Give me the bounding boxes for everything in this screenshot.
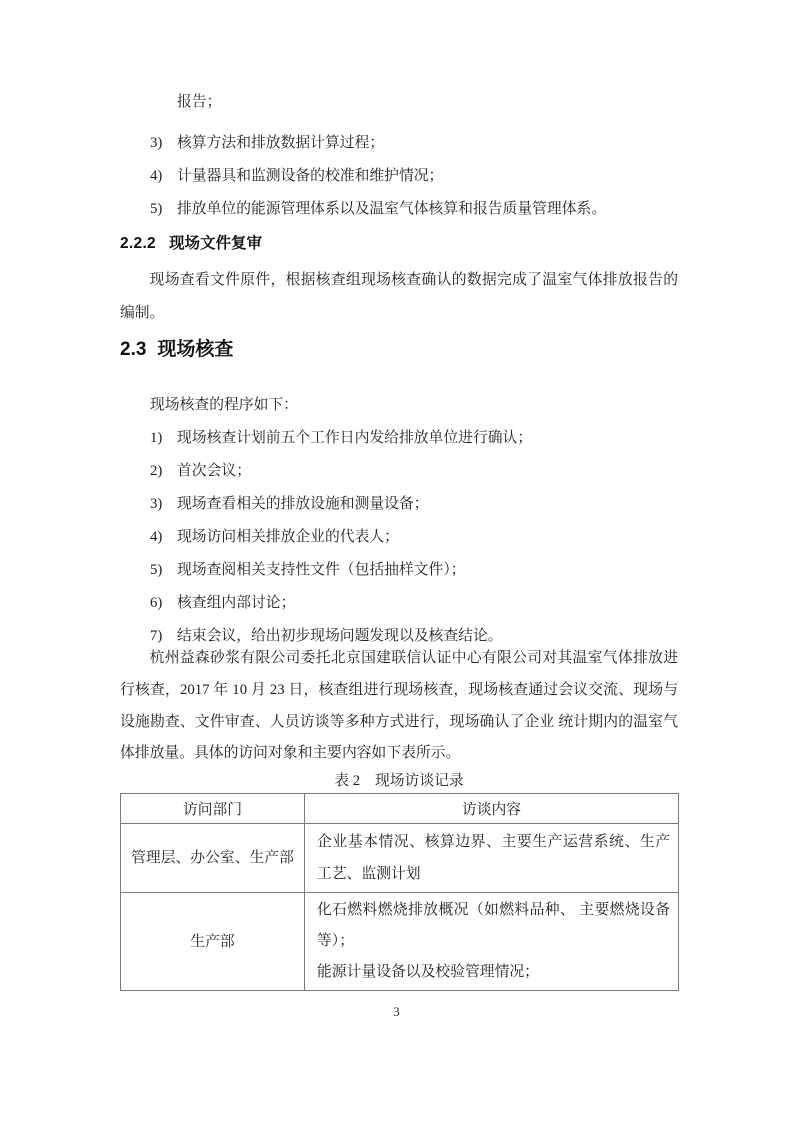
table-header-content: 访谈内容 xyxy=(305,794,679,824)
list-item: 5) 现场查阅相关支持性文件（包括抽样文件）； xyxy=(120,554,678,587)
list-item-text: 排放单位的能源管理体系以及温室气体核算和报告质量管理体系。 xyxy=(177,193,606,226)
content-cell: 化石燃料燃烧排放概况（如燃料品种、 主要燃烧设备等）； 能源计量设备以及校验管理… xyxy=(305,893,679,991)
table-row: 管理层、办公室、生产部 企业基本情况、核算边界、主要生产运营系统、生产工艺、监测… xyxy=(121,824,679,893)
list-item: 5) 排放单位的能源管理体系以及温室气体核算和报告质量管理体系。 xyxy=(120,193,678,226)
content-item: 化石燃料燃烧排放概况（如燃料品种、 主要燃烧设备等）； xyxy=(317,895,670,957)
table-header-row: 访问部门 访谈内容 xyxy=(121,794,679,824)
interview-table: 访问部门 访谈内容 管理层、办公室、生产部 企业基本情况、核算边界、主要生产运营… xyxy=(120,793,679,991)
document-review-list: 报告； 3) 核算方法和排放数据计算过程； 4) 计量器具和监测设备的校准和维护… xyxy=(120,86,678,226)
list-item-text: 首次会议； xyxy=(177,455,251,488)
list-item: 1) 现场核查计划前五个工作日内发给排放单位进行确认； xyxy=(120,422,678,455)
list-item-number: 5) xyxy=(150,193,177,226)
list-item-text: 核查组内部讨论； xyxy=(177,587,295,620)
list-item-text: 现场核查计划前五个工作日内发给排放单位进行确认； xyxy=(177,422,532,455)
list-item-number: 6) xyxy=(150,587,177,620)
page-number: 3 xyxy=(0,1003,793,1021)
list-item: 3) 核算方法和排放数据计算过程； xyxy=(120,127,678,160)
section-title: 现场文件复审 xyxy=(169,235,262,252)
list-item-number: 1) xyxy=(150,422,177,455)
list-item: 2) 首次会议； xyxy=(120,455,678,488)
list-item: 4) 计量器具和监测设备的校准和维护情况； xyxy=(120,160,678,193)
section-2-2-2: 2.2.2现场文件复审 现场查看文件原件，根据核查组现场核查确认的数据完成了温室… xyxy=(120,232,678,330)
list-item-text: 现场查看相关的排放设施和测量设备； xyxy=(177,488,429,521)
section-number: 2.2.2 xyxy=(120,235,156,252)
list-item: 6) 核查组内部讨论； xyxy=(120,587,678,620)
section-2-3-heading: 2.3现场核查 xyxy=(120,337,678,362)
content-item: 能源计量设备以及校验管理情况； xyxy=(317,957,670,988)
content-item: 企业基本情况、核算边界、主要生产运营系统、生产工艺、监测计划 xyxy=(317,826,670,890)
list-item-text: 现场查阅相关支持性文件（包括抽样文件）； xyxy=(177,554,466,587)
list-continuation-line: 报告； xyxy=(120,86,678,119)
section-2-2-2-heading: 2.2.2现场文件复审 xyxy=(120,232,678,256)
list-item-number: 3) xyxy=(150,127,177,160)
list-item-number: 5) xyxy=(150,554,177,587)
list-item-number: 3) xyxy=(150,488,177,521)
table-row: 生产部 化石燃料燃烧排放概况（如燃料品种、 主要燃烧设备等）； 能源计量设备以及… xyxy=(121,893,679,991)
list-item-text: 核算方法和排放数据计算过程； xyxy=(177,127,384,160)
list-item-number: 4) xyxy=(150,160,177,193)
section-2-3: 2.3现场核查 现场核查的程序如下： 1) 现场核查计划前五个工作日内发给排放单… xyxy=(120,337,678,991)
procedure-lead: 现场核查的程序如下： xyxy=(120,389,678,422)
section-number: 2.3 xyxy=(120,339,146,360)
document-page: 报告； 3) 核算方法和排放数据计算过程； 4) 计量器具和监测设备的校准和维护… xyxy=(0,0,793,1122)
list-item-number: 2) xyxy=(150,455,177,488)
list-item-text: 计量器具和监测设备的校准和维护情况； xyxy=(177,160,443,193)
dept-cell: 管理层、办公室、生产部 xyxy=(121,824,305,893)
site-visit-paragraph: 杭州益森砂浆有限公司委托北京国建联信认证中心有限公司对其温室气体排放进行核查，2… xyxy=(120,643,678,770)
list-item-text: 现场访问相关排放企业的代表人； xyxy=(177,521,399,554)
procedure-list: 1) 现场核查计划前五个工作日内发给排放单位进行确认； 2) 首次会议； 3) … xyxy=(120,422,678,653)
section-2-2-2-paragraph: 现场查看文件原件，根据核查组现场核查确认的数据完成了温室气体排放报告的编制。 xyxy=(120,264,678,330)
dept-cell: 生产部 xyxy=(121,893,305,991)
table-caption: 表 2 现场访谈记录 xyxy=(120,770,678,793)
list-item: 4) 现场访问相关排放企业的代表人； xyxy=(120,521,678,554)
content-cell: 企业基本情况、核算边界、主要生产运营系统、生产工艺、监测计划 xyxy=(305,824,679,893)
section-title: 现场核查 xyxy=(157,339,233,360)
list-item: 3) 现场查看相关的排放设施和测量设备； xyxy=(120,488,678,521)
list-item-number: 4) xyxy=(150,521,177,554)
table-header-dept: 访问部门 xyxy=(121,794,305,824)
